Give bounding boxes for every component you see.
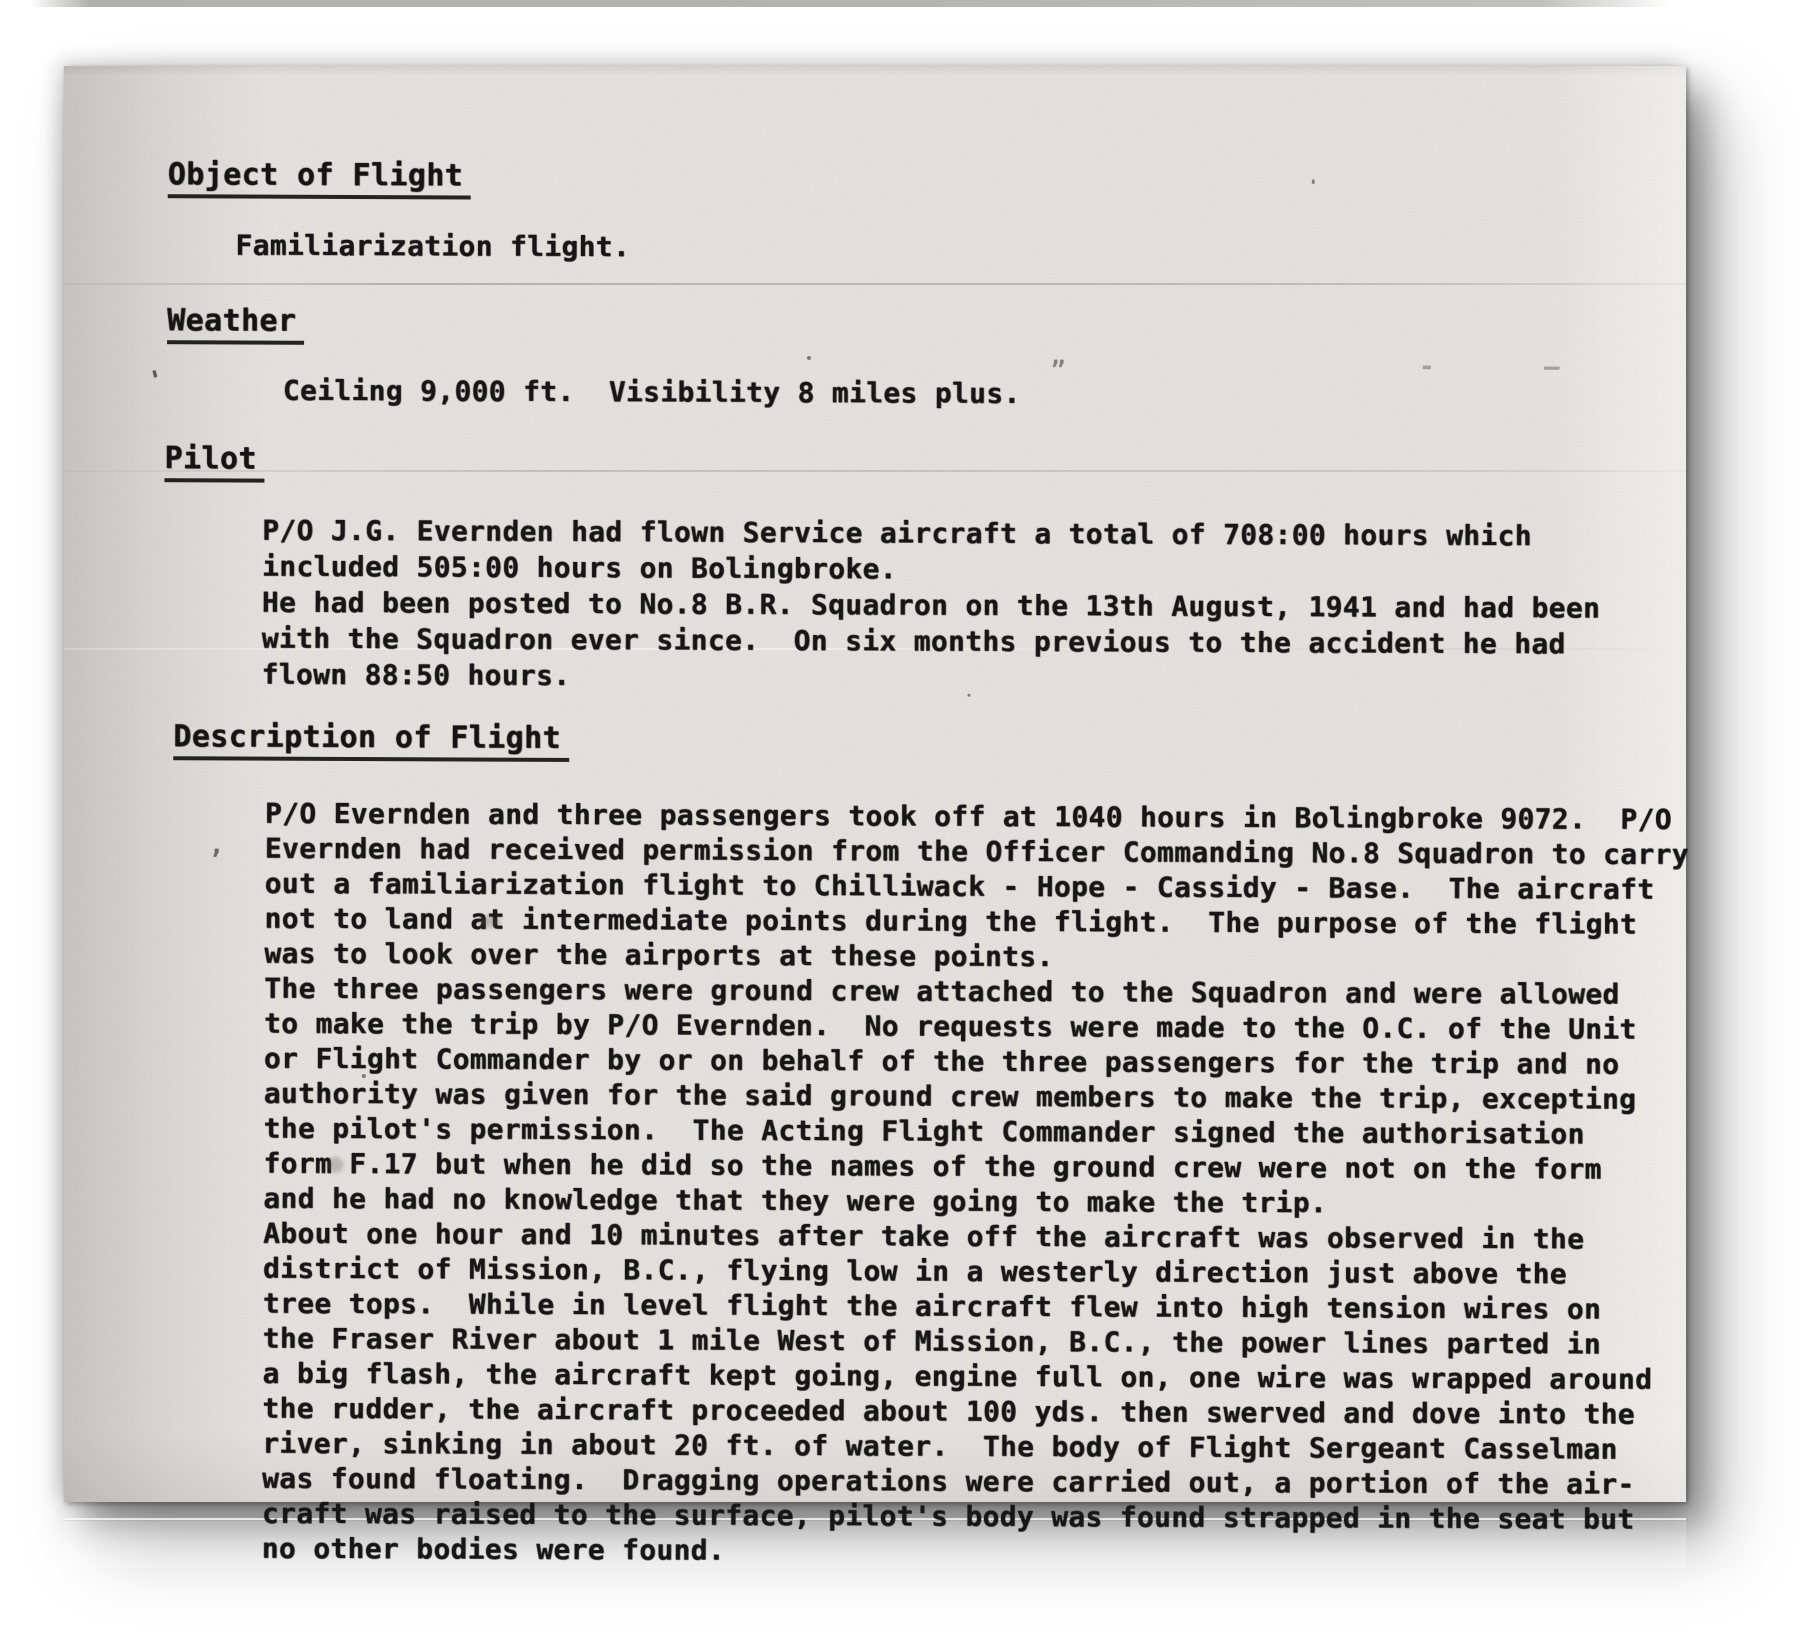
text-line: no other bodies were found. [262, 1533, 725, 1567]
ink-speck [1312, 179, 1315, 184]
ink-speck [362, 1074, 366, 1078]
scan-artifact-quote: ” [1051, 356, 1066, 384]
section-heading-weather: Weather [167, 304, 304, 345]
scan-edge-strip [30, 0, 1672, 7]
scan-artifact-tick: ' [146, 365, 168, 398]
text-line: or Flight Commander by or on behalf of t… [264, 1043, 1620, 1081]
section-heading-pilot: Pilot [164, 442, 264, 482]
text-line: with the Squadron ever since. On six mon… [262, 623, 1566, 661]
text-line: not to land at intermediate points durin… [264, 903, 1637, 941]
text-line: flown 88:50 hours. [262, 659, 571, 693]
page-content: Object of Flight Familiarization flight.… [58, 66, 1686, 1509]
text-line: the rudder, the aircraft proceeded about… [262, 1393, 1635, 1431]
text-line: and he had no knowledge that they were g… [263, 1183, 1327, 1220]
text-line: to make the trip by P/O Evernden. No req… [264, 1008, 1637, 1046]
document-page: Object of Flight Familiarization flight.… [64, 66, 1686, 1502]
scan-artifact-comma: , [209, 830, 225, 860]
text-line: the pilot's permission. The Acting Fligh… [264, 1113, 1585, 1151]
text-line: P/O J.G. Evernden had flown Service airc… [262, 515, 1532, 553]
text-line: Familiarization flight. [235, 229, 630, 263]
ink-speck [968, 694, 971, 697]
ink-smudge [479, 916, 501, 928]
text-line: out a familiarization flight to Chilliwa… [265, 868, 1655, 906]
text-line: He had been posted to No.8 B.R. Squadron… [262, 587, 1600, 625]
text-line: tree tops. While in level flight the air… [263, 1288, 1601, 1326]
text-line: was found floating. Dragging operations … [262, 1463, 1635, 1501]
text-line: a big flash, the aircraft kept going, en… [262, 1358, 1652, 1396]
text-line: The three passengers were ground crew at… [264, 973, 1620, 1011]
text-line: authority was given for the said ground … [264, 1078, 1637, 1116]
text-line: craft was raised to the surface, pilot's… [262, 1498, 1635, 1536]
text-line: form F.17 but when he did so the names o… [263, 1148, 1601, 1186]
text-line: river, sinking in about 20 ft. of water.… [262, 1428, 1618, 1466]
text-line: included 505:00 hours on Bolingbroke. [262, 551, 897, 586]
section-heading-object-of-flight: Object of Flight [168, 158, 472, 199]
text-line: Evernden had received permission from th… [265, 833, 1689, 871]
scan-canvas: { "meta": { "kind": "scanned typewritten… [0, 0, 1820, 1633]
ink-speck [807, 356, 811, 360]
text-line: the Fraser River about 1 mile West of Mi… [263, 1323, 1601, 1361]
text-line: Ceiling 9,000 ft. Visibility 8 miles plu… [283, 375, 1021, 410]
text-line: About one hour and 10 minutes after take… [263, 1218, 1584, 1256]
ink-smudge [327, 1157, 343, 1173]
scan-artifact-dashes: - – [1419, 352, 1586, 383]
text-line: district of Mission, B.C., flying low in… [263, 1253, 1567, 1291]
text-line: was to look over the airports at these p… [264, 938, 1053, 974]
section-heading-description-of-flight: Description of Flight [173, 720, 569, 762]
text-line: P/O Evernden and three passengers took o… [265, 798, 1672, 836]
